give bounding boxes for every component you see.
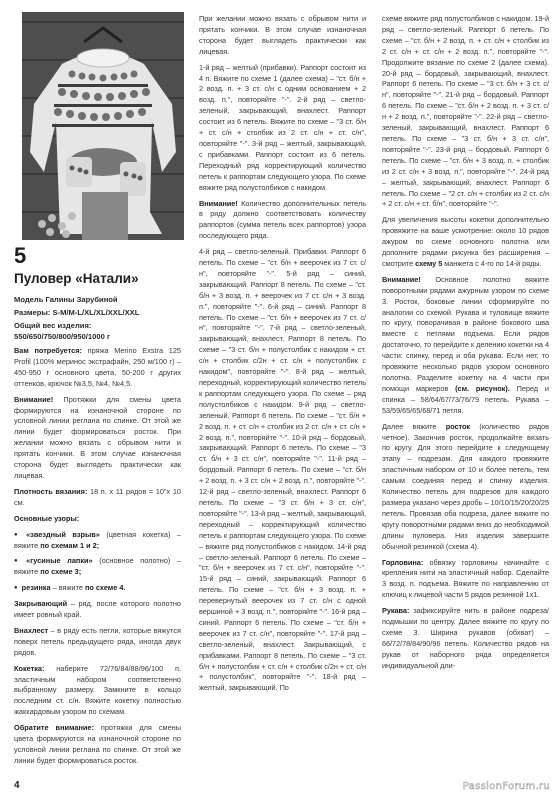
overlap-definition: Внахлест – в ряду есть петли, которые вя… <box>14 626 181 659</box>
right-column: схеме вяжите ряд полустолбиков с накидом… <box>382 14 549 677</box>
patterns-heading: Основные узоры: <box>14 514 181 525</box>
materials-label: Вам потребуется: <box>14 346 82 355</box>
page-number: 4 <box>14 780 20 791</box>
sleeves-paragraph: Рукава: зафиксируйте нить в районе подре… <box>382 606 549 671</box>
magazine-page: 5 Пуловер «Натали» Модель Галины Зарубин… <box>0 0 558 800</box>
attention-text: Протяжки для смены цвета формируются на … <box>14 395 181 480</box>
rows-1-3-paragraph: 1-й ряд – желтый (прибавки). Раппорт сос… <box>199 63 366 194</box>
yoke-paragraph: Кокетка: наберите 72/76/84/88/96/100 п. … <box>14 664 181 719</box>
middle-column: При желании можно вязать с обрывом нити … <box>199 14 366 699</box>
pattern-item: «гусиные лапки» (основное полотно) – вяж… <box>14 556 181 578</box>
rows-4-18-paragraph: 4-й ряд – светло-зеленый. Прибавки. Рапп… <box>199 247 366 694</box>
gauge-label: Плотность вязания: <box>14 487 87 496</box>
note-paragraph: Обратите внимание: протяжки для смены цв… <box>14 723 181 767</box>
model-author: Модель Галины Зарубиной <box>14 294 184 305</box>
sizes: Размеры: S-M/M-L/XL/XL/XXL/XXL <box>14 307 184 318</box>
yoke-height-paragraph: Для увеличения высоты кокетки дополнител… <box>382 215 549 270</box>
pattern-title: Пуловер «Натали» <box>14 271 139 287</box>
pattern-item: резинка – вяжите по схеме 4. <box>14 583 181 594</box>
attention-paragraph: Внимание! Основное полотно вяжите поворо… <box>382 275 549 417</box>
pattern-number: 5 <box>14 244 26 268</box>
neckline-paragraph: Горловина: обвязку горловины начинайте с… <box>382 558 549 602</box>
attention-paragraph: Внимание! Количество дополнительных пете… <box>199 199 366 243</box>
sweater-photo <box>22 12 184 240</box>
gauge-paragraph: Плотность вязания: 18 п. х 11 рядов = 10… <box>14 487 181 509</box>
attention-paragraph: Внимание! Протяжки для смены цвета форми… <box>14 395 181 482</box>
paragraph: При желании можно вязать с обрывом нити … <box>199 14 366 58</box>
sprout-paragraph: Далее вяжите росток (количество рядов че… <box>382 422 549 553</box>
rows-18-24-paragraph: схеме вяжите ряд полустолбиков с накидом… <box>382 14 549 210</box>
pattern-item: «звездный взрыв» (цветная кокетка) – вяж… <box>14 530 181 552</box>
left-column: Вам потребуется: пряжа Merino Exstra 125… <box>14 346 181 772</box>
sweater-illustration <box>22 12 184 240</box>
total-weight: Общий вес изделия: 550/650/750/800/950/1… <box>14 320 184 342</box>
attention-label: Внимание! <box>14 395 53 404</box>
materials-paragraph: Вам потребуется: пряжа Merino Exstra 125… <box>14 346 181 390</box>
watermark: PassionForum.ru <box>463 781 550 792</box>
closing-row-definition: Закрывающий – ряд, после которого полотн… <box>14 599 181 621</box>
